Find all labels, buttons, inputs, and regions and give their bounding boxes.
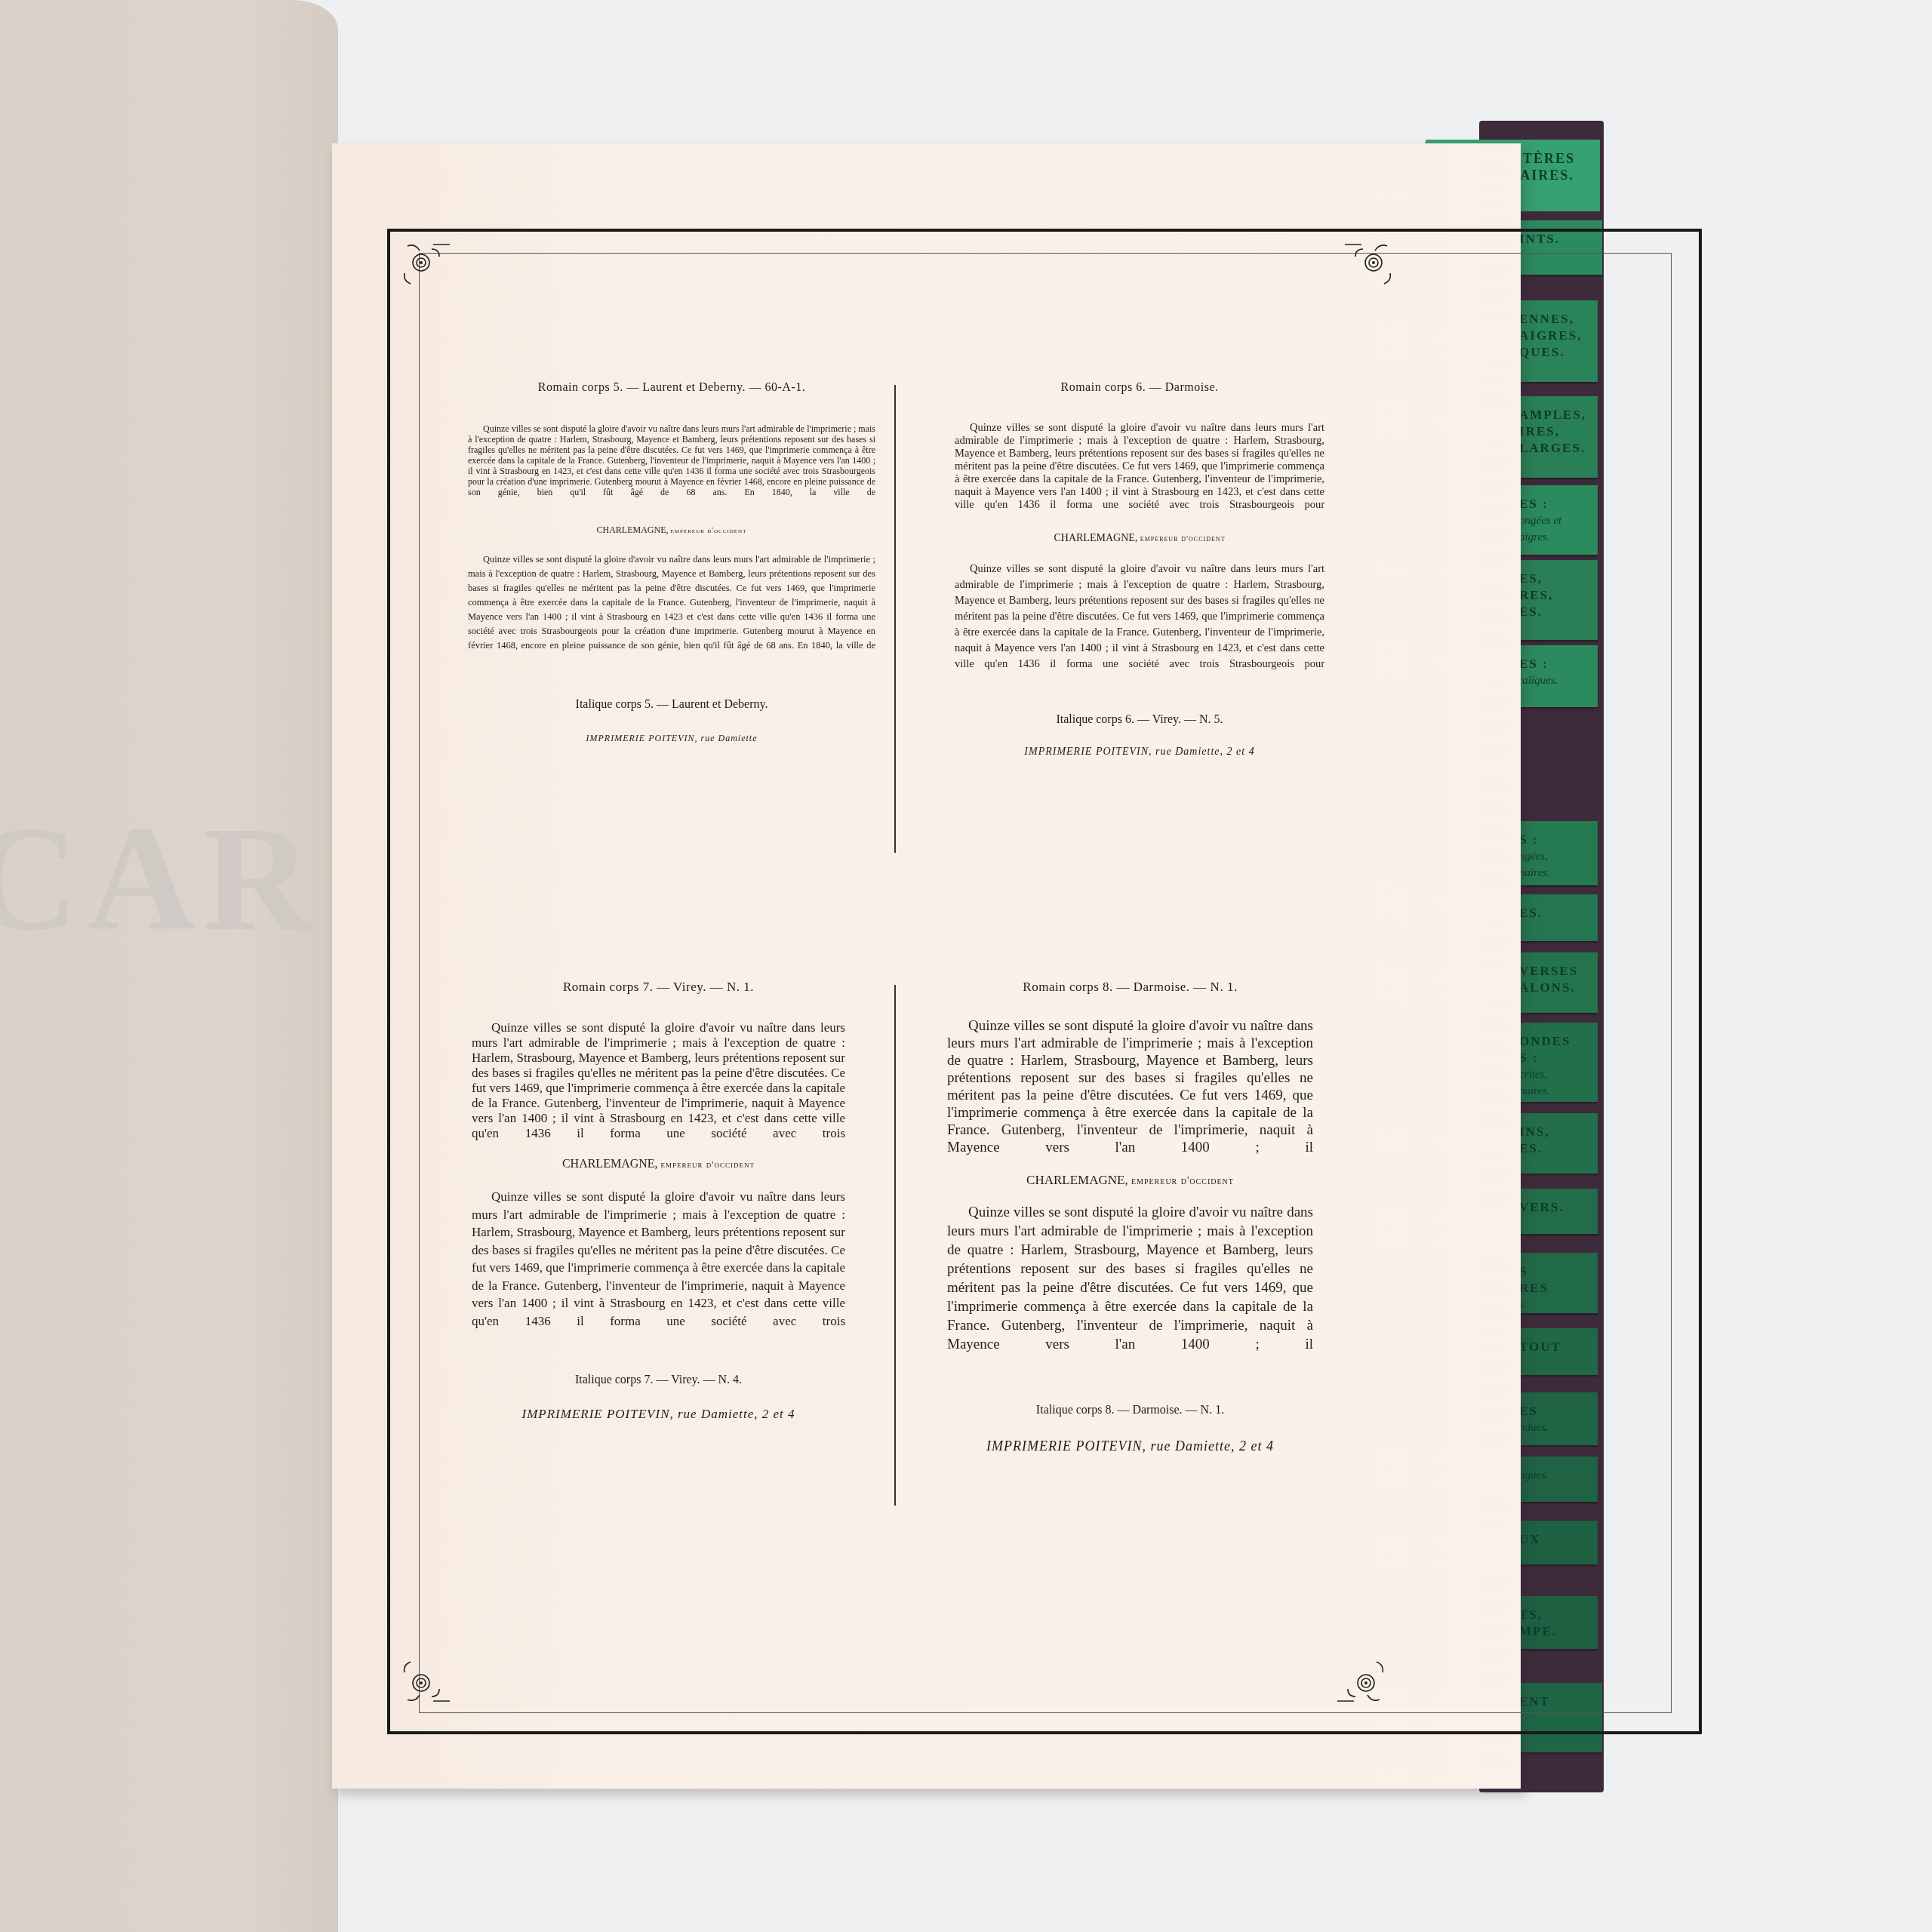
imprint-line: IMPRIMERIE POITEVIN, rue Damiette, 2 et … bbox=[947, 1438, 1313, 1454]
italic-specimen-title: Italique corps 8. — Darmoise. — N. 1. bbox=[947, 1404, 1313, 1417]
ornament-corner-icon bbox=[1336, 1653, 1389, 1706]
specimen-text: Quinze villes se sont disputé la gloire … bbox=[472, 1020, 845, 1141]
specimen-heading: CHARLEMAGNE, empereur d'occident bbox=[468, 525, 875, 536]
italic-specimen-title: Italique corps 5. — Laurent et Deberny. bbox=[468, 698, 875, 712]
specimen-heading: CHARLEMAGNE, empereur d'occident bbox=[955, 533, 1324, 545]
italic-specimen-title: Italique corps 6. — Virey. — N. 5. bbox=[955, 713, 1324, 727]
specimen-romain-corps-7: Romain corps 7. — Virey. — N. 1. Quinze … bbox=[472, 980, 845, 1422]
specimen-text: Quinze villes se sont disputé la gloire … bbox=[468, 423, 875, 497]
specimen-heading: CHARLEMAGNE, empereur d'occident bbox=[472, 1158, 845, 1171]
left-page: CAR bbox=[0, 0, 338, 1932]
show-through-title: CAR bbox=[0, 792, 319, 965]
ornament-corner-icon bbox=[398, 1653, 451, 1706]
specimen-text: Quinze villes se sont disputé la gloire … bbox=[955, 422, 1324, 512]
italic-specimen-title: Italique corps 7. — Virey. — N. 4. bbox=[472, 1374, 845, 1387]
specimen-heading: CHARLEMAGNE, empereur d'occident bbox=[947, 1173, 1313, 1188]
imprint-line: IMPRIMERIE POITEVIN, rue Damiette, 2 et … bbox=[955, 746, 1324, 758]
ornament-corner-icon bbox=[1343, 240, 1396, 293]
specimen-title: Romain corps 8. — Darmoise. — N. 1. bbox=[947, 980, 1313, 995]
imprint-line: IMPRIMERIE POITEVIN, rue Damiette, 2 et … bbox=[472, 1407, 845, 1422]
imprint-line: IMPRIMERIE POITEVIN, rue Damiette bbox=[468, 733, 875, 744]
specimen-romain-corps-6: Romain corps 6. — Darmoise. Quinze ville… bbox=[955, 381, 1324, 758]
specimen-title: Romain corps 5. — Laurent et Deberny. — … bbox=[468, 381, 875, 395]
specimen-text: Quinze villes se sont disputé la gloire … bbox=[472, 1188, 845, 1330]
specimen-text: Quinze villes se sont disputé la gloire … bbox=[955, 561, 1324, 672]
specimen-title: Romain corps 6. — Darmoise. bbox=[955, 381, 1324, 395]
specimen-text: Quinze villes se sont disputé la gloire … bbox=[468, 552, 875, 653]
column-divider bbox=[894, 985, 896, 1506]
specimen-text: Quinze villes se sont disputé la gloire … bbox=[947, 1203, 1313, 1354]
ornament-corner-icon bbox=[398, 240, 451, 293]
column-divider bbox=[894, 385, 896, 853]
specimen-title: Romain corps 7. — Virey. — N. 1. bbox=[472, 980, 845, 995]
specimen-romain-corps-8: Romain corps 8. — Darmoise. — N. 1. Quin… bbox=[947, 980, 1313, 1454]
specimen-romain-corps-5: Romain corps 5. — Laurent et Deberny. — … bbox=[468, 381, 875, 744]
specimen-text: Quinze villes se sont disputé la gloire … bbox=[947, 1017, 1313, 1156]
